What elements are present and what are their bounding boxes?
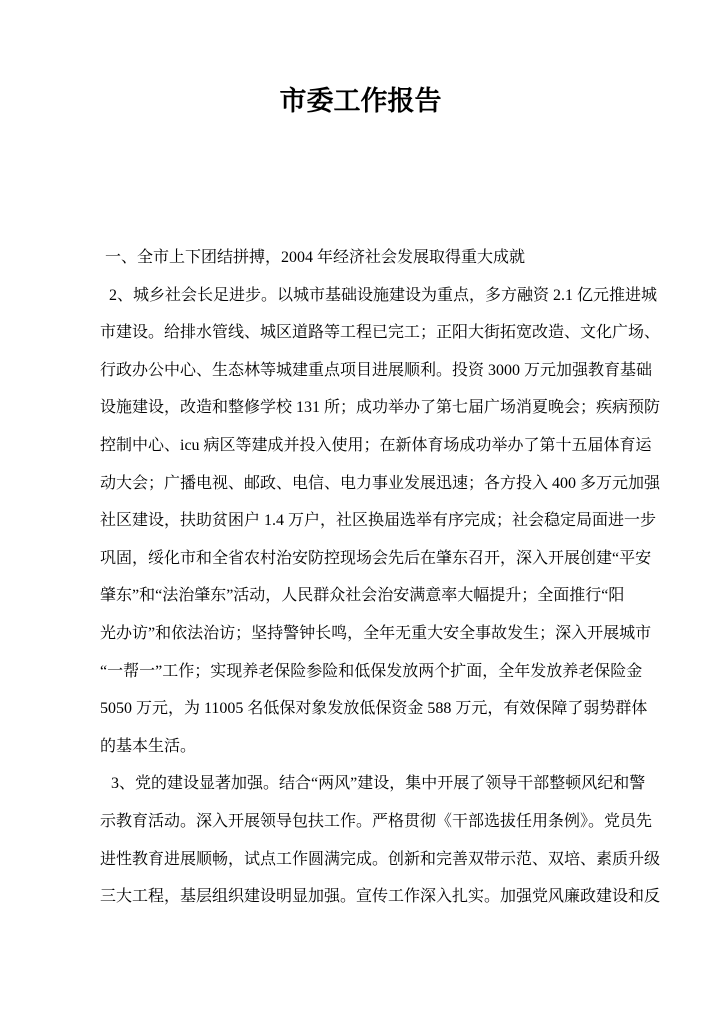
text-line: “一帮一”工作；实现养老保险参险和低保发放两个扩面，全年发放养老保险金 bbox=[100, 653, 620, 691]
text-line: 巩固，绥化市和全省农村治安防控现场会先后在肇东召开，深入开展创建“平安 bbox=[100, 540, 620, 578]
text-line: 控制中心、icu 病区等建成并投入使用；在新体育场成功举办了第十五届体育运 bbox=[100, 427, 620, 465]
text-line: 动大会；广播电视、邮政、电信、电力事业发展迅速；各方投入 400 多万元加强 bbox=[100, 465, 620, 503]
text-line: 的基本生活。 bbox=[100, 728, 620, 766]
paragraph: 一、全市上下团结拼搏，2004 年经济社会发展取得重大成就 bbox=[100, 239, 620, 277]
text-line: 光办访”和依法治访；坚持警钟长鸣，全年无重大安全事故发生；深入开展城市 bbox=[100, 615, 620, 653]
text-line: 社区建设，扶助贫困户 1.4 万户，社区换届选举有序完成；社会稳定局面进一步 bbox=[100, 502, 620, 540]
text-line: 肇东”和“法治肇东”活动，人民群众社会治安满意率大幅提升；全面推行“阳 bbox=[100, 577, 620, 615]
document-title: 市委工作报告 bbox=[0, 82, 721, 120]
text-line: 进性教育进展顺畅，试点工作圆满完成。创新和完善双带示范、双培、素质升级 bbox=[100, 841, 620, 879]
paragraph: 3、党的建设显著加强。结合“两风”建设，集中开展了领导干部整顿风纪和警示教育活动… bbox=[100, 765, 620, 915]
document-page: 市委工作报告 一、全市上下团结拼搏，2004 年经济社会发展取得重大成就2、城乡… bbox=[0, 0, 721, 1020]
paragraph: 2、城乡社会长足进步。以城市基础设施建设为重点，多方融资 2.1 亿元推进城市建… bbox=[100, 277, 620, 766]
text-line: 一、全市上下团结拼搏，2004 年经济社会发展取得重大成就 bbox=[100, 239, 620, 277]
text-line: 市建设。给排水管线、城区道路等工程已完工；正阳大街拓宽改造、文化广场、 bbox=[100, 314, 620, 352]
text-line: 行政办公中心、生态林等城建重点项目进展顺利。投资 3000 万元加强教育基础 bbox=[100, 352, 620, 390]
document-body: 一、全市上下团结拼搏，2004 年经济社会发展取得重大成就2、城乡社会长足进步。… bbox=[100, 239, 620, 916]
text-line: 5050 万元，为 11005 名低保对象发放低保资金 588 万元，有效保障了… bbox=[100, 690, 620, 728]
text-line: 设施建设，改造和整修学校 131 所；成功举办了第七届广场消夏晚会；疾病预防 bbox=[100, 389, 620, 427]
text-line: 三大工程，基层组织建设明显加强。宣传工作深入扎实。加强党风廉政建设和反 bbox=[100, 878, 620, 916]
text-line: 2、城乡社会长足进步。以城市基础设施建设为重点，多方融资 2.1 亿元推进城 bbox=[100, 277, 620, 315]
text-line: 3、党的建设显著加强。结合“两风”建设，集中开展了领导干部整顿风纪和警 bbox=[100, 765, 620, 803]
text-line: 示教育活动。深入开展领导包扶工作。严格贯彻《干部选拔任用条例》。党员先 bbox=[100, 803, 620, 841]
